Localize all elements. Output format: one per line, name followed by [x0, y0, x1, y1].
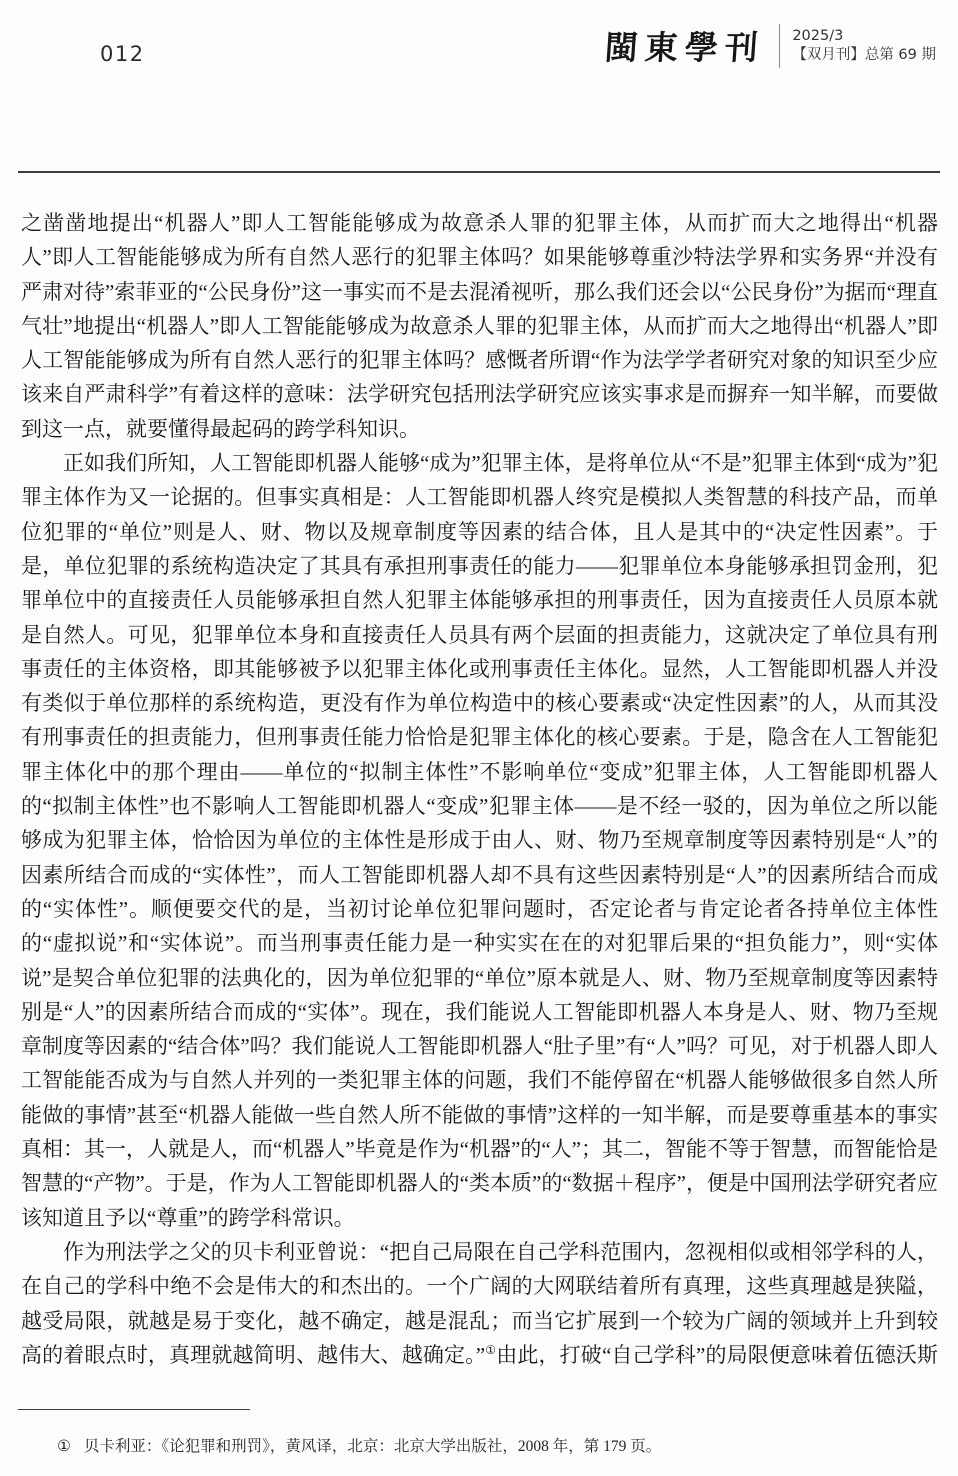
footnote-rule [18, 1409, 250, 1410]
masthead: 閩東學刊 2025/3 【双月刊】总第 69 期 [605, 22, 936, 69]
footnote: ①贝卡利亚：《论犯罪和刑罚》，黄风译，北京：北京大学出版社，2008 年，第 1… [57, 1436, 927, 1458]
paragraph: 之凿凿地提出“机器人”即人工智能能够成为故意杀人罪的犯罪主体，从而扩而大之地得出… [21, 206, 938, 446]
journal-title-calligraphy: 閩東學刊 [604, 22, 777, 69]
journal-page: 012 閩東學刊 2025/3 【双月刊】总第 69 期 之凿凿地提出“机器人”… [0, 0, 958, 1476]
footnote-text: 贝卡利亚：《论犯罪和刑罚》，黄风译，北京：北京大学出版社，2008 年，第 17… [84, 1438, 661, 1455]
paragraph: 正如我们所知，人工智能即机器人能够“成为”犯罪主体，是将单位从“不是”犯罪主体到… [21, 446, 938, 1235]
footnote-marker: ① [57, 1438, 71, 1455]
paragraph: 作为刑法学之父的贝卡利亚曾说：“把自己局限在自己学科范围内，忽视相似或相邻学科的… [21, 1235, 938, 1372]
paragraph-text: 由此，打破“自己学科”的局限便意味着伍德沃斯 [496, 1343, 938, 1367]
issue-date: 2025/3 [792, 27, 936, 46]
issue-info: 2025/3 【双月刊】总第 69 期 [792, 27, 936, 65]
issue-number: 【双月刊】总第 69 期 [792, 46, 936, 65]
masthead-divider [779, 24, 780, 68]
footnote-reference-mark: ① [485, 1343, 496, 1357]
article-body: 之凿凿地提出“机器人”即人工智能能够成为故意杀人罪的犯罪主体，从而扩而大之地得出… [21, 206, 938, 1372]
page-number: 012 [100, 42, 145, 66]
header-rule [18, 171, 940, 173]
